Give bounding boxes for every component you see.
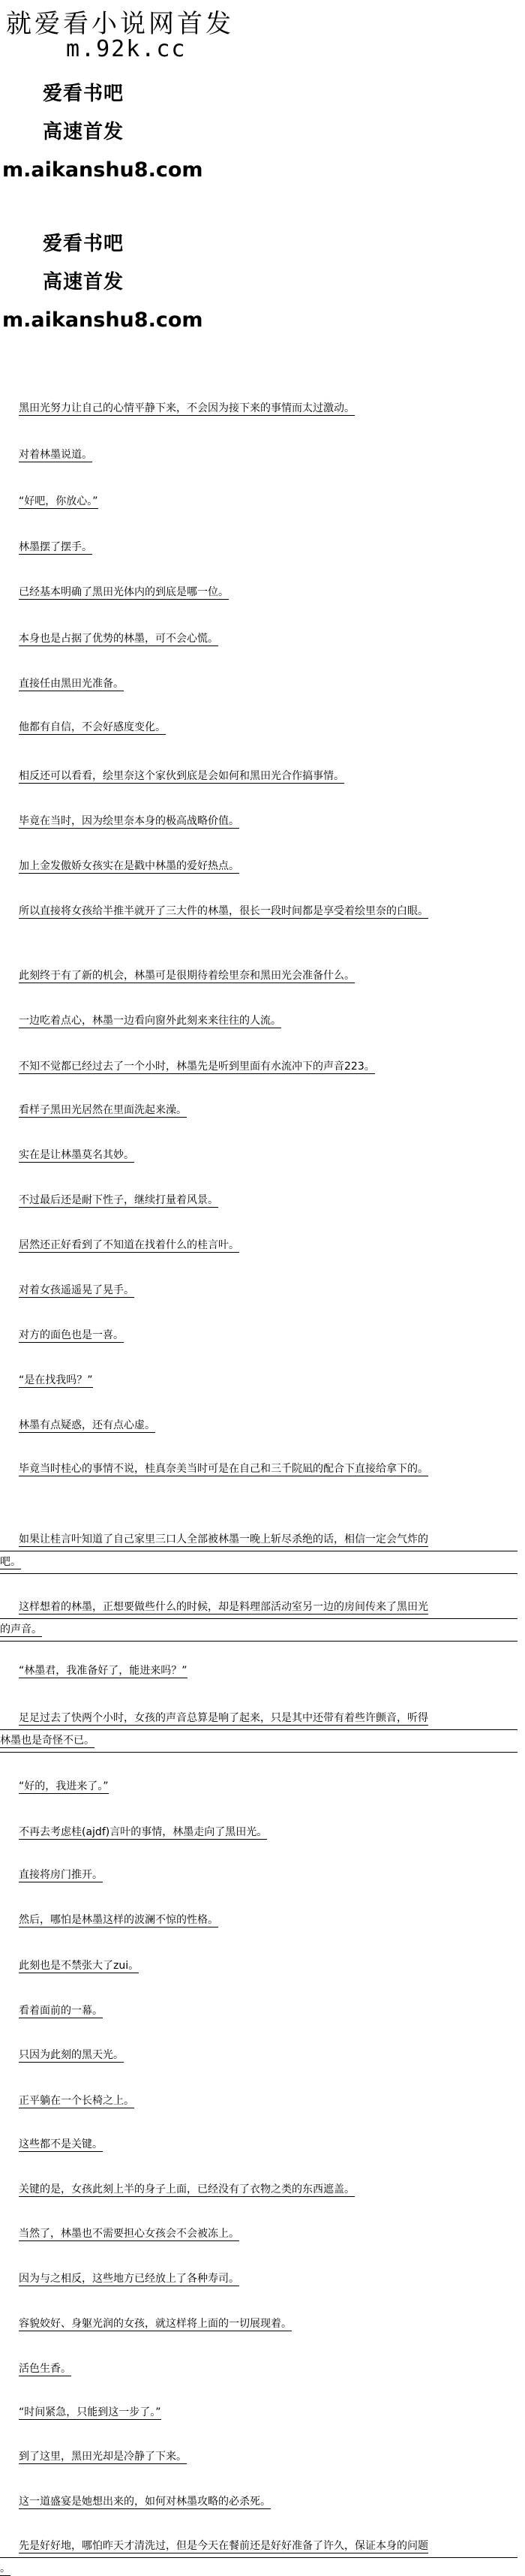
watermark-2-line2: 高速首发 [43,271,124,293]
paragraph: 林墨摆了摆手。 [19,537,92,558]
paragraph-text: 容貌姣好、身躯光润的女孩，就这样将上面的一切展现着。 [19,2318,292,2331]
paragraph-wrapped: 足足过去了快两个小时，女孩的声音总算是响了起来，只是其中还带有着些许颤音，听得 … [0,1708,517,1753]
paragraph-text: “好吧，你放心。” [19,495,98,509]
paragraph-text: 的声音。 [0,1624,42,1637]
paragraph: 关键的是，女孩此刻上半的身子上面，已经没有了衣物之类的东西遮盖。 [19,2179,355,2200]
paragraph-text: 居然还正好看到了不知道在找着什么的桂言叶。 [19,1239,239,1253]
paragraph-text: 关键的是，女孩此刻上半的身子上面，已经没有了衣物之类的东西遮盖。 [19,2183,355,2197]
paragraph: “林墨君，我准备好了，能进来吗？” [19,1660,187,1681]
site-url: m.92k.cc [66,38,187,62]
paragraph: 对着女孩遥遥晃了晃手。 [19,1280,134,1301]
paragraph: “好吧，你放心。” [19,491,98,512]
paragraph-text: 他都有自信，不会好感度变化。 [19,721,166,735]
paragraph-text: 此刻也是不禁张大了zui。 [19,1960,139,1973]
paragraph-text: 这一道盛宴是她想出来的，如何对林墨攻略的必杀死。 [19,2496,271,2509]
paragraph: 不过最后还是耐下性子，继续打量着风景。 [19,1190,218,1211]
paragraph-text: 看样子黑田光居然在里面洗起来澡。 [19,1104,187,1118]
paragraph-wrapped: 先是好好地，哪怕昨天才清洗过，但是今天在餐前还是好好准备了许久，保证本身的问题 … [0,2535,517,2576]
paragraph-text: 本身也是占据了优势的林墨，可不会心慌。 [19,633,218,646]
paragraph-text: 因为与之相反，这些地方已经放上了各种寿司。 [19,2273,239,2286]
paragraph-text: 林墨也是奇怪不已。 [0,1735,94,1748]
paragraph-text: 正平躺在一个长椅之上。 [19,2095,134,2108]
paragraph-text: 如果让桂言叶知道了自己家里三口人全部被林墨一晚上斩尽杀绝的话，相信一定会气炸的 [19,1533,428,1547]
paragraph-text: 一边吃着点心，林墨一边看向窗外此刻来来往往的人流。 [19,1015,281,1028]
paragraph-text: “好的，我进来了。” [19,1780,109,1794]
paragraph-text: 吧。 [0,1556,21,1569]
paragraph-text: 这些都不是关键。 [19,2138,103,2152]
paragraph-text: 所以直接将女孩给半推半就开了三大件的林墨，很长一段时间都是享受着绘里奈的白眼。 [19,905,428,919]
paragraph-text: 活色生香。 [19,2363,71,2376]
paragraph-text: “林墨君，我准备好了，能进来吗？” [19,1665,187,1678]
paragraph: 黑田光努力让自己的心情平静下来，不会因为接下来的事情而太过激动。 [19,398,355,419]
paragraph-text: 相反还可以看看，绘里奈这个家伙到底是会如何和黑田光合作搞事情。 [19,770,344,784]
paragraph: 居然还正好看到了不知道在找着什么的桂言叶。 [19,1235,239,1256]
paragraph: 本身也是占据了优势的林墨，可不会心慌。 [19,628,218,649]
paragraph: 不知不觉都已经过去了一个小时，林墨先是听到里面有水流冲下的声音223。 [19,1056,375,1077]
watermark-1-line2: 高速首发 [43,121,124,143]
paragraph-text: 已经基本明确了黑田光体内的到底是哪一位。 [19,586,229,600]
paragraph: 加上金发傲娇女孩实在是戳中林墨的爱好热点。 [19,856,239,877]
paragraph: 一边吃着点心，林墨一边看向窗外此刻来来往往的人流。 [19,1010,281,1031]
paragraph-text: 毕竟当时桂心的事情不说，桂真奈美当时可是在自己和三千院凪的配合下直接给拿下的。 [19,1463,428,1476]
paragraph-text: 对着女孩遥遥晃了晃手。 [19,1284,134,1298]
paragraph: “好的，我进来了。” [19,1776,109,1797]
paragraph: 到了这里，黑田光却是冷静了下来。 [19,2446,187,2467]
watermark-1-url: m.aikanshu8.com [2,159,203,182]
paragraph-text: 只因为此刻的黑天光。 [19,2049,124,2063]
paragraph: 林墨有点疑惑，还有点心虚。 [19,1415,155,1436]
paragraph: 直接任由黑田光准备。 [19,673,124,694]
paragraph: 只因为此刻的黑天光。 [19,2045,124,2066]
paragraph: 这些都不是关键。 [19,2134,103,2155]
paragraph-wrapped: 这样想着的林墨，正想要做些什么的时候，却是料理部活动室另一边的房间传来了黑田光 … [0,1596,517,1642]
paragraph-text: 到了这里，黑田光却是冷静了下来。 [19,2451,187,2464]
paragraph-text: 对方的面色也是一喜。 [19,1329,124,1343]
paragraph: “时间紧急，只能到这一步了。” [19,2402,161,2423]
paragraph-text: 直接任由黑田光准备。 [19,678,124,691]
paragraph-text: 不过最后还是耐下性子，继续打量着风景。 [19,1194,218,1208]
paragraph: 毕竟在当时，因为绘里奈本身的极高战略价值。 [19,811,239,832]
paragraph: 这一道盛宴是她想出来的，如何对林墨攻略的必杀死。 [19,2491,271,2512]
paragraph-text: 对着林墨说道。 [19,449,92,462]
watermark-2-line1: 爱看书吧 [43,233,124,255]
watermark-2-url: m.aikanshu8.com [2,309,203,332]
paragraph: 当然了，林墨也不需要担心女孩会不会被冻上。 [19,2223,239,2244]
paragraph-text: 然后，哪怕是林墨这样的波澜不惊的性格。 [19,1914,218,1927]
paragraph-text: 此刻终于有了新的机会，林墨可是很期待着绘里奈和黑田光会准备什么。 [19,970,355,983]
paragraph-text: 林墨有点疑惑，还有点心虚。 [19,1419,155,1433]
watermark-1-line1: 爱看书吧 [43,83,124,105]
paragraph: “是在找我吗？” [19,1370,93,1391]
paragraph-text: 不再去考虑桂(ajdf)言叶的事情，林墨走向了黑田光。 [19,1826,267,1840]
paragraph: 容貌姣好、身躯光润的女孩，就这样将上面的一切展现着。 [19,2313,292,2334]
paragraph: 看样子黑田光居然在里面洗起来澡。 [19,1100,187,1121]
paragraph: 看着面前的一幕。 [19,2000,103,2021]
paragraph: 正平躺在一个长椅之上。 [19,2090,134,2111]
paragraph-text: “时间紧急，只能到这一步了。” [19,2406,161,2420]
paragraph-text: 加上金发傲娇女孩实在是戳中林墨的爱好热点。 [19,860,239,874]
paragraph: 已经基本明确了黑田光体内的到底是哪一位。 [19,582,229,603]
paragraph: 实在是让林墨莫名其妙。 [19,1145,134,1166]
paragraph-text: 当然了，林墨也不需要担心女孩会不会被冻上。 [19,2228,239,2241]
paragraph: 活色生香。 [19,2358,71,2379]
paragraph: 对方的面色也是一喜。 [19,1325,124,1346]
paragraph-text: 足足过去了快两个小时，女孩的声音总算是响了起来，只是其中还带有着些许颤音，听得 [19,1712,428,1726]
paragraph: 不再去考虑桂(ajdf)言叶的事情，林墨走向了黑田光。 [19,1822,267,1843]
paragraph-text: 直接将房门推开。 [19,1869,103,1882]
paragraph: 毕竟当时桂心的事情不说，桂真奈美当时可是在自己和三千院凪的配合下直接给拿下的。 [19,1458,428,1479]
paragraph: 此刻终于有了新的机会，林墨可是很期待着绘里奈和黑田光会准备什么。 [19,965,355,986]
paragraph-text: 林墨摆了摆手。 [19,541,92,555]
paragraph: 此刻也是不禁张大了zui。 [19,1955,139,1976]
paragraph-text: 黑田光努力让自己的心情平静下来，不会因为接下来的事情而太过激动。 [19,402,355,416]
paragraph: 因为与之相反，这些地方已经放上了各种寿司。 [19,2268,239,2289]
paragraph: 然后，哪怕是林墨这样的波澜不惊的性格。 [19,1909,218,1930]
paragraph-text: 看着面前的一幕。 [19,2005,103,2018]
paragraph: 对着林墨说道。 [19,444,92,465]
paragraph-text: 这样想着的林墨，正想要做些什么的时候，却是料理部活动室另一边的房间传来了黑田光 [19,1601,428,1615]
paragraph-wrapped: 如果让桂言叶知道了自己家里三口人全部被林墨一晚上斩尽杀绝的话，相信一定会气炸的 … [0,1529,517,1574]
paragraph: 相反还可以看看，绘里奈这个家伙到底是会如何和黑田光合作搞事情。 [19,766,344,787]
paragraph: 所以直接将女孩给半推半就开了三大件的林墨，很长一段时间都是享受着绘里奈的白眼。 [19,901,428,922]
paragraph-text: “是在找我吗？” [19,1374,93,1388]
paragraph-text: 毕竟在当时，因为绘里奈本身的极高战略价值。 [19,815,239,829]
paragraph: 直接将房门推开。 [19,1864,103,1885]
paragraph-text: 实在是让林墨莫名其妙。 [19,1149,134,1163]
paragraph-text: 不知不觉都已经过去了一个小时，林墨先是听到里面有水流冲下的声音223。 [19,1061,375,1074]
paragraph-text: 先是好好地，哪怕昨天才清洗过，但是今天在餐前还是好好准备了许久，保证本身的问题 [19,2540,428,2553]
paragraph: 他都有自信，不会好感度变化。 [19,717,166,738]
paragraph-text: 。 [0,2562,10,2576]
site-title: 就爱看小说网首发 [6,9,234,39]
